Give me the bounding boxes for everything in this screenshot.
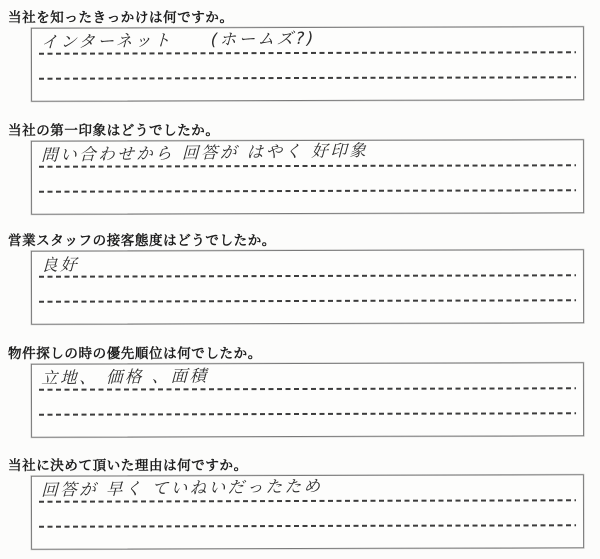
answer-box: 良好 — [31, 249, 584, 324]
answer-box: 回答が 早く ていねいだったため — [31, 474, 584, 549]
handwritten-answer: 立地、 価格 、面積 — [41, 365, 209, 389]
answer-line-2 — [39, 412, 576, 415]
section-reason-for-choosing: 当社に決めて頂いた理由は何ですか。 回答が 早く ていねいだったため — [0, 454, 600, 559]
question-label: 当社に決めて頂いた理由は何ですか。 — [8, 454, 248, 474]
handwritten-answer: 問い合わせから 回答が はやく 好印象 — [41, 140, 369, 167]
question-label: 当社の第一印象はどうでしたか。 — [8, 119, 220, 139]
questionnaire-page: 当社を知ったきっかけは何ですか。 インターネット (ホームズ?) 当社の第一印象… — [0, 0, 600, 559]
answer-line-1 — [39, 387, 576, 390]
answer-line-2 — [39, 299, 576, 302]
answer-box: インターネット (ホームズ?) — [31, 26, 584, 101]
answer-line-1 — [39, 51, 576, 54]
answer-line-1 — [39, 499, 576, 502]
answer-line-2 — [39, 189, 576, 192]
answer-line-1 — [39, 164, 576, 167]
question-label: 当社を知ったきっかけは何ですか。 — [8, 6, 234, 26]
section-first-impression: 当社の第一印象はどうでしたか。 問い合わせから 回答が はやく 好印象 — [0, 119, 600, 227]
handwritten-answer: 良好 — [41, 254, 79, 277]
section-staff-attitude: 営業スタッフの接客態度はどうでしたか。 良好 — [0, 229, 600, 337]
question-label: 物件探しの時の優先順位は何でしたか。 — [8, 342, 262, 362]
answer-line-1 — [39, 274, 576, 277]
answer-line-2 — [39, 524, 576, 527]
handwritten-answer: インターネット (ホームズ?) — [41, 28, 316, 54]
answer-box: 立地、 価格 、面積 — [31, 362, 584, 437]
handwritten-answer: 回答が 早く ていねいだったため — [41, 476, 323, 502]
answer-line-2 — [39, 76, 576, 79]
section-how-did-you-know: 当社を知ったきっかけは何ですか。 インターネット (ホームズ?) — [0, 6, 600, 114]
question-label: 営業スタッフの接客態度はどうでしたか。 — [8, 229, 276, 249]
answer-box: 問い合わせから 回答が はやく 好印象 — [31, 139, 584, 214]
section-search-priorities: 物件探しの時の優先順位は何でしたか。 立地、 価格 、面積 — [0, 342, 600, 450]
